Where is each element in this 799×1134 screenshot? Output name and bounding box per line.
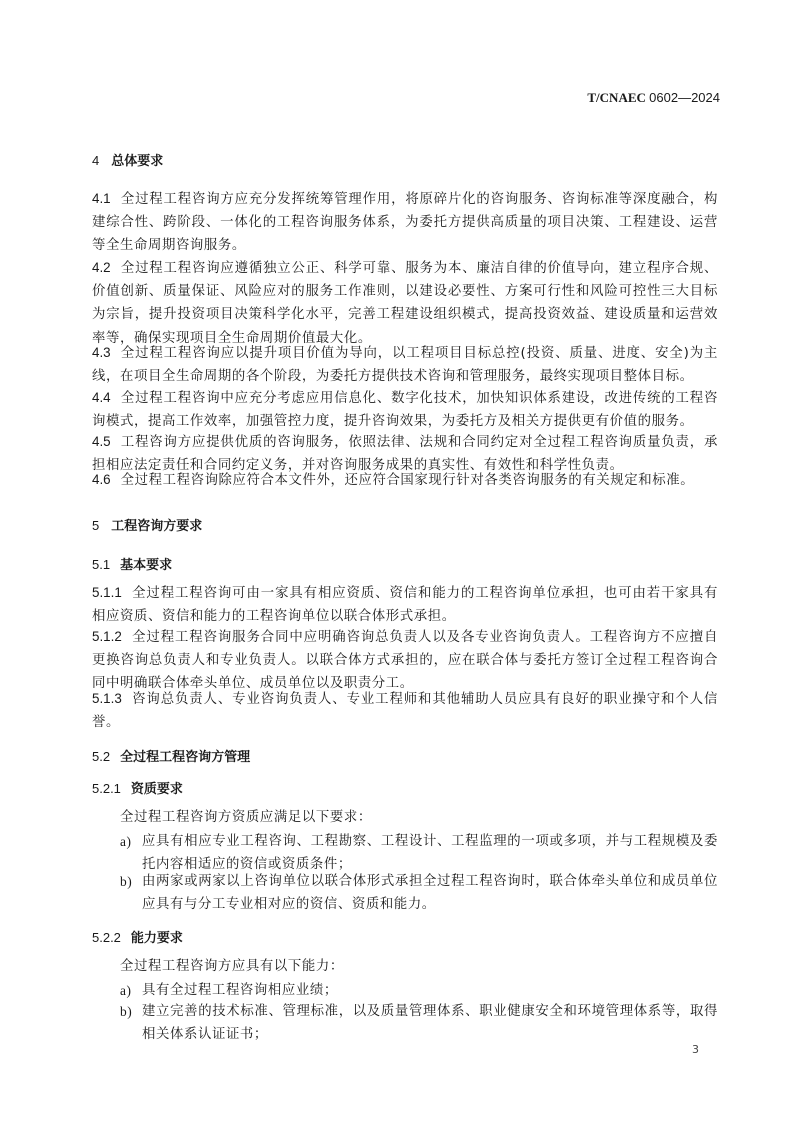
- section-5-heading: 5工程咨询方要求: [92, 515, 718, 534]
- section-5-2-1-heading: 5.2.1资质要求: [92, 778, 718, 797]
- clause-5-1-3: 5.1.3咨询总负责人、专业咨询负责人、专业工程师和其他辅助人员应具有良好的职业…: [92, 687, 718, 734]
- section-5-2-2-heading: 5.2.2能力要求: [92, 927, 718, 946]
- clause-5-1-1: 5.1.1全过程工程咨询可由一家具有相应资质、资信和能力的工程咨询单位承担，也可…: [92, 581, 718, 628]
- standard-org: T/CNAEC: [587, 90, 646, 105]
- clause-4-3: 4.3全过程工程咨询应以提升项目价值为导向，以工程项目目标总控(投资、质量、进度…: [92, 341, 718, 388]
- standard-code: T/CNAEC 0602—2024: [587, 90, 720, 106]
- clause-4-2: 4.2全过程工程咨询应遵循独立公正、科学可靠、服务为本、廉洁自律的价值导向，建立…: [92, 256, 718, 350]
- clause-4-4: 4.4全过程工程咨询中应充分考虑应用信息化、数字化技术，加快知识体系建设，改进传…: [92, 386, 718, 433]
- capability-item-a: a) 具有全过程工程咨询相应业绩；: [120, 979, 718, 1002]
- page-number: 3: [692, 1043, 699, 1056]
- clause-4-6: 4.6全过程工程咨询除应符合本文件外，还应符合国家现行针对各类咨询服务的有关规定…: [92, 468, 718, 492]
- section-5-2-heading: 5.2全过程工程咨询方管理: [92, 746, 718, 765]
- qualification-intro: 全过程工程咨询方资质应满足以下要求：: [120, 806, 718, 829]
- capability-item-b: b) 建立完善的技术标准、管理标准，以及质量管理体系、职业健康安全和环境管理体系…: [120, 1000, 718, 1046]
- capability-intro: 全过程工程咨询方应具有以下能力：: [120, 955, 718, 978]
- section-5-1-heading: 5.1基本要求: [92, 554, 718, 573]
- standard-number: 0602—2024: [649, 90, 720, 105]
- clause-4-1: 4.1全过程工程咨询方应充分发挥统筹管理作用，将原碎片化的咨询服务、咨询标准等深…: [92, 187, 718, 258]
- clause-5-1-2: 5.1.2全过程工程咨询服务合同中应明确咨询总负责人以及各专业咨询负责人。工程咨…: [92, 625, 718, 696]
- document-page: T/CNAEC 0602—2024 4总体要求 4.1全过程工程咨询方应充分发挥…: [0, 0, 799, 1134]
- section-4-heading: 4总体要求: [92, 150, 718, 169]
- qualification-item-b: b) 由两家或两家以上咨询单位以联合体形式承担全过程工程咨询时，联合体牵头单位和…: [120, 870, 718, 916]
